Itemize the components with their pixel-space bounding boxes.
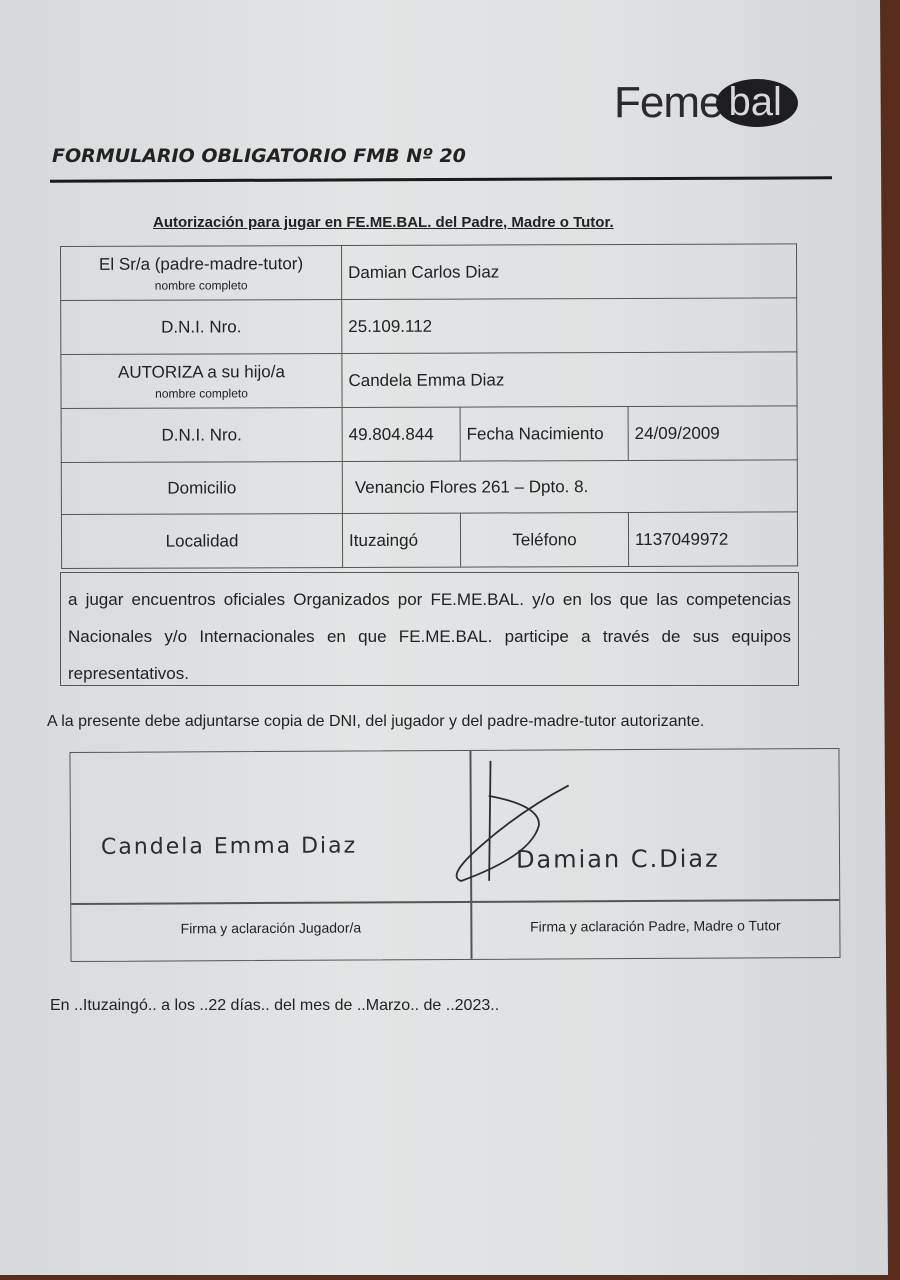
child-name-field[interactable]: Candela Emma Diaz <box>342 352 797 408</box>
address-label: Domicilio <box>61 462 342 515</box>
parent-dni-field[interactable]: 25.109.112 <box>342 298 797 354</box>
paper-sheet: Femebal FORMULARIO OBLIGATORIO FMB Nº 20… <box>0 0 888 1275</box>
child-dni-label: D.N.I. Nro. <box>61 408 342 463</box>
logo-text: Feme <box>614 78 722 128</box>
player-signature-caption: Firma y aclaración Jugador/a <box>71 919 470 937</box>
birth-date-label: Fecha Nacimiento <box>460 407 628 462</box>
parent-name-field[interactable]: Damian Carlos Diaz <box>342 244 797 300</box>
title-divider <box>50 176 832 182</box>
parent-signature-caption: Firma y aclaración Padre, Madre o Tutor <box>471 917 839 935</box>
table-row: Domicilio Venancio Flores 261 – Dpto. 8. <box>61 460 797 515</box>
table-row: AUTORIZA a su hijo/a nombre completo Can… <box>61 352 797 409</box>
city-label: Localidad <box>61 514 342 569</box>
parent-label-cell: El Sr/a (padre-madre-tutor) nombre compl… <box>61 246 342 301</box>
phone-field[interactable]: 1137049972 <box>628 512 797 567</box>
logo-oval: bal <box>716 79 797 127</box>
femebal-logo: Femebal <box>614 78 798 128</box>
phone-label: Teléfono <box>460 513 628 568</box>
child-dni-field[interactable]: 49.804.844 <box>342 407 460 461</box>
parent-signature[interactable]: Damian C.Diaz <box>516 845 720 874</box>
child-label-cell: AUTORIZA a su hijo/a nombre completo <box>61 354 342 409</box>
table-row: D.N.I. Nro. 25.109.112 <box>61 298 797 355</box>
form-subtitle: Autorización para jugar en FE.ME.BAL. de… <box>153 214 614 231</box>
address-field[interactable]: Venancio Flores 261 – Dpto. 8. <box>342 460 797 514</box>
authorization-text: a jugar encuentros oficiales Organizados… <box>60 572 799 686</box>
signature-divider-horizontal <box>71 899 839 905</box>
city-field[interactable]: Ituzaingó <box>342 513 460 567</box>
authorization-table: El Sr/a (padre-madre-tutor) nombre compl… <box>60 243 798 569</box>
table-row: Localidad Ituzaingó Teléfono 1137049972 <box>61 512 797 569</box>
table-row: El Sr/a (padre-madre-tutor) nombre compl… <box>61 244 797 301</box>
table-row: D.N.I. Nro. 49.804.844 Fecha Nacimiento … <box>61 406 797 463</box>
player-signature[interactable]: Candela Emma Diaz <box>101 834 357 860</box>
birth-date-field[interactable]: 24/09/2009 <box>628 406 797 461</box>
attachment-note: A la presente debe adjuntarse copia de D… <box>47 713 704 731</box>
signature-box: Candela Emma Diaz Damian C.Diaz Firma y … <box>69 748 840 962</box>
form-title: FORMULARIO OBLIGATORIO FMB Nº 20 <box>52 145 466 167</box>
parent-dni-label: D.N.I. Nro. <box>61 300 342 355</box>
place-date-line: En ..Ituzaingó.. a los ..22 días.. del m… <box>50 997 499 1015</box>
